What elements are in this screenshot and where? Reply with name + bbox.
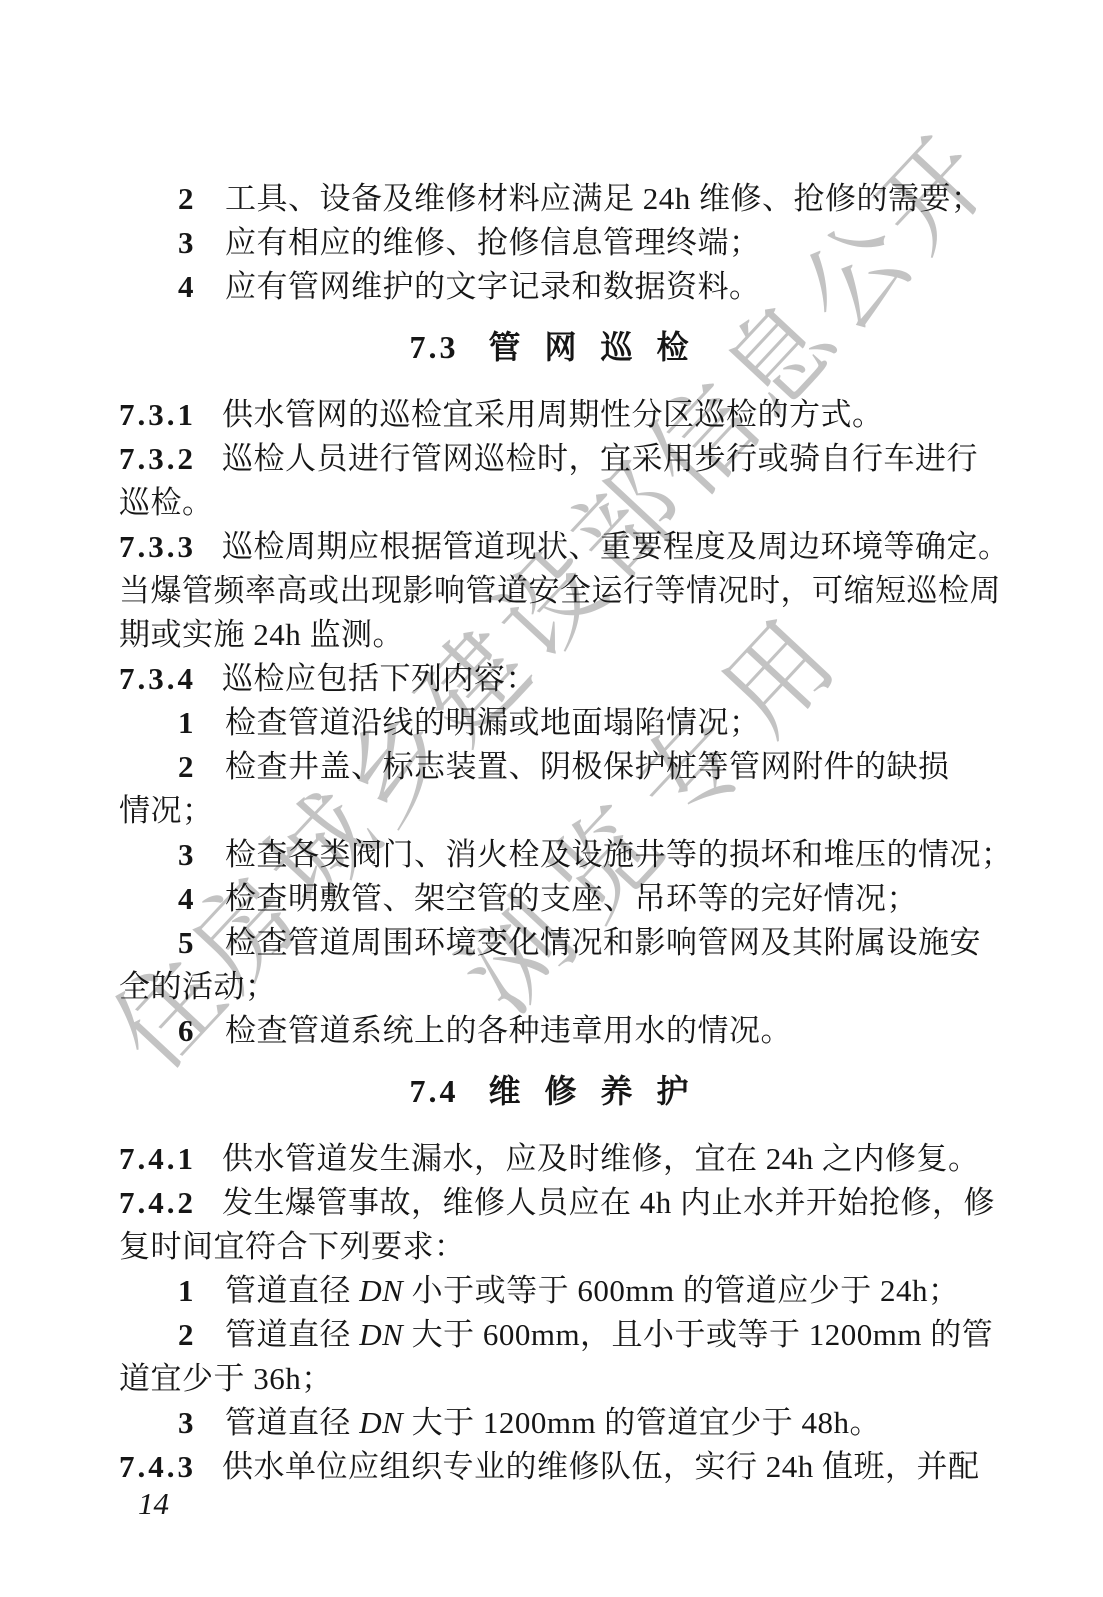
list-item-line: 5检查管道周围环境变化情况和影响管网及其附属设施安 <box>119 921 987 965</box>
document-page: 住房城乡建设部信息公开 浏览专用 2工具、设备及维修材料应满足 24h 维修、抢… <box>0 0 1103 1597</box>
clause-number: 7.3.2 <box>119 437 222 481</box>
continuation-line: 当爆管频率高或出现影响管道安全运行等情况时，可缩短巡检周 <box>119 569 987 613</box>
heading-title: 维 修 养 护 <box>488 1073 696 1109</box>
list-item-line: 3应有相应的维修、抢修信息管理终端； <box>119 221 987 265</box>
section-heading: 7.4维 修 养 护 <box>119 1069 987 1113</box>
text-run: DN <box>359 1317 403 1352</box>
item-number: 6 <box>178 1009 225 1053</box>
text-run: 供水管网的巡检宜采用周期性分区巡检的方式。 <box>222 397 884 432</box>
text-run: 应有相应的维修、抢修信息管理终端； <box>225 225 761 260</box>
continuation-line: 情况； <box>119 789 987 833</box>
text-run: 管道直径 <box>225 1405 359 1440</box>
list-item-line: 1管道直径 DN 小于或等于 600mm 的管道应少于 24h； <box>119 1269 987 1313</box>
heading-number: 7.3 <box>409 329 458 365</box>
text-run: 检查管道沿线的明漏或地面塌陷情况； <box>225 705 761 740</box>
item-number: 1 <box>178 1269 225 1313</box>
list-item-line: 1检查管道沿线的明漏或地面塌陷情况； <box>119 701 987 745</box>
clause-line: 7.4.1供水管道发生漏水，应及时维修，宜在 24h 之内修复。 <box>119 1137 987 1181</box>
text-run: 巡检人员进行管网巡检时，宜采用步行或骑自行车进行 <box>222 441 978 476</box>
text-run: 道宜少于 36h； <box>119 1361 333 1396</box>
text-run: 工具、设备及维修材料应满足 24h 维修、抢修的需要； <box>225 181 983 216</box>
heading-number: 7.4 <box>409 1073 458 1109</box>
list-item-line: 2管道直径 DN 大于 600mm，且小于或等于 1200mm 的管 <box>119 1313 987 1357</box>
list-item-line: 4应有管网维护的文字记录和数据资料。 <box>119 265 987 309</box>
footer-page-number: 14 <box>138 1486 169 1522</box>
text-run: 大于 1200mm 的管道宜少于 48h。 <box>403 1405 881 1440</box>
text-run: 当爆管频率高或出现影响管道安全运行等情况时，可缩短巡检周 <box>119 573 1001 608</box>
text-run: 检查管道周围环境变化情况和影响管网及其附属设施安 <box>225 925 981 960</box>
text-run: 巡检应包括下列内容： <box>222 661 537 696</box>
text-run: 管道直径 <box>225 1317 359 1352</box>
continuation-line: 巡检。 <box>119 481 987 525</box>
text-run: 检查井盖、标志装置、阴极保护桩等管网附件的缺损 <box>225 749 950 784</box>
item-number: 2 <box>178 745 225 789</box>
heading-title: 管 网 巡 检 <box>488 329 696 365</box>
text-run: DN <box>359 1405 403 1440</box>
clause-number: 7.3.1 <box>119 393 222 437</box>
text-run: 巡检。 <box>119 485 214 520</box>
clause-number: 7.4.1 <box>119 1137 222 1181</box>
list-item-line: 6检查管道系统上的各种违章用水的情况。 <box>119 1009 987 1053</box>
item-number: 2 <box>178 177 225 221</box>
text-run: 小于或等于 600mm 的管道应少于 24h； <box>403 1273 959 1308</box>
text-run: 检查明敷管、架空管的支座、吊环等的完好情况； <box>225 881 918 916</box>
list-item-line: 2检查井盖、标志装置、阴极保护桩等管网附件的缺损 <box>119 745 987 789</box>
clause-number: 7.3.4 <box>119 657 222 701</box>
clause-line: 7.3.3巡检周期应根据管道现状、重要程度及周边环境等确定。 <box>119 525 987 569</box>
item-number: 3 <box>178 833 225 877</box>
section-heading: 7.3管 网 巡 检 <box>119 325 987 369</box>
item-number: 4 <box>178 877 225 921</box>
item-number: 1 <box>178 701 225 745</box>
text-run: 供水管道发生漏水，应及时维修，宜在 24h 之内修复。 <box>222 1141 980 1176</box>
clause-number: 7.3.3 <box>119 525 222 569</box>
item-number: 3 <box>178 221 225 265</box>
text-run: 全的活动； <box>119 969 277 1004</box>
text-run: 复时间宜符合下列要求： <box>119 1229 466 1264</box>
clause-line: 7.3.4巡检应包括下列内容： <box>119 657 987 701</box>
item-number: 4 <box>178 265 225 309</box>
continuation-line: 道宜少于 36h； <box>119 1357 987 1401</box>
continuation-line: 复时间宜符合下列要求： <box>119 1225 987 1269</box>
text-run: 情况； <box>119 793 214 828</box>
list-item-line: 3管道直径 DN 大于 1200mm 的管道宜少于 48h。 <box>119 1401 987 1445</box>
text-run: 期或实施 24h 监测。 <box>119 617 404 652</box>
item-number: 2 <box>178 1313 225 1357</box>
continuation-line: 期或实施 24h 监测。 <box>119 613 987 657</box>
text-run: 检查各类阀门、消火栓及设施井等的损坏和堆压的情况； <box>225 837 1013 872</box>
text-run: 发生爆管事故，维修人员应在 4h 内止水并开始抢修，修 <box>222 1185 995 1220</box>
text-run: 检查管道系统上的各种违章用水的情况。 <box>225 1013 792 1048</box>
list-item-line: 4检查明敷管、架空管的支座、吊环等的完好情况； <box>119 877 987 921</box>
document-content: 2工具、设备及维修材料应满足 24h 维修、抢修的需要；3应有相应的维修、抢修信… <box>119 177 987 1489</box>
clause-line: 7.4.3供水单位应组织专业的维修队伍，实行 24h 值班，并配 <box>119 1445 987 1489</box>
text-run: 供水单位应组织专业的维修队伍，实行 24h 值班，并配 <box>222 1449 980 1484</box>
clause-line: 7.3.1供水管网的巡检宜采用周期性分区巡检的方式。 <box>119 393 987 437</box>
clause-line: 7.3.2巡检人员进行管网巡检时，宜采用步行或骑自行车进行 <box>119 437 987 481</box>
list-item-line: 2工具、设备及维修材料应满足 24h 维修、抢修的需要； <box>119 177 987 221</box>
clause-number: 7.4.2 <box>119 1181 222 1225</box>
clause-line: 7.4.2发生爆管事故，维修人员应在 4h 内止水并开始抢修，修 <box>119 1181 987 1225</box>
text-run: 巡检周期应根据管道现状、重要程度及周边环境等确定。 <box>222 529 1010 564</box>
text-run: 管道直径 <box>225 1273 359 1308</box>
text-run: DN <box>359 1273 403 1308</box>
item-number: 5 <box>178 921 225 965</box>
item-number: 3 <box>178 1401 225 1445</box>
list-item-line: 3检查各类阀门、消火栓及设施井等的损坏和堆压的情况； <box>119 833 987 877</box>
text-run: 应有管网维护的文字记录和数据资料。 <box>225 269 761 304</box>
clause-number: 7.4.3 <box>119 1445 222 1489</box>
continuation-line: 全的活动； <box>119 965 987 1009</box>
text-run: 大于 600mm，且小于或等于 1200mm 的管 <box>403 1317 993 1352</box>
